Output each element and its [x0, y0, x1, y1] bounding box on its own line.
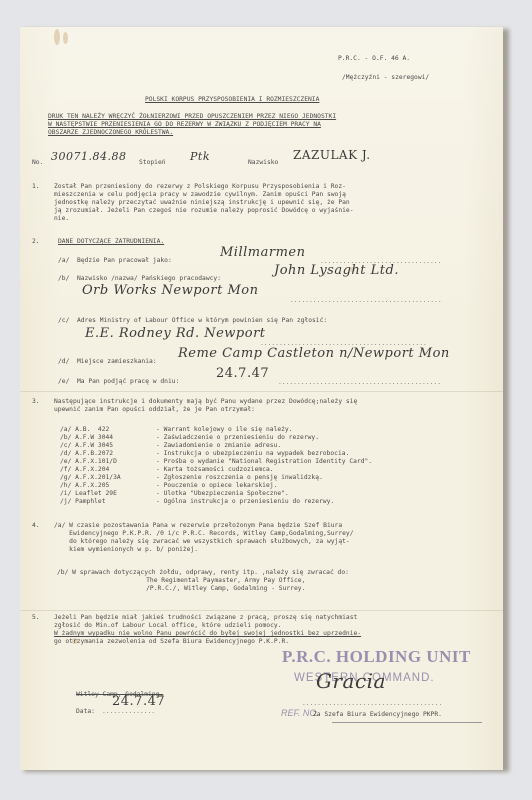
- document-row: /h/ A.F.X.205- Pouczenie o opiece lekars…: [60, 482, 277, 490]
- section5-line: Jeżeli Pan będzie miał jakieś trudności …: [54, 614, 357, 622]
- section4a-line: do którego należy się zwracać we wszystk…: [54, 538, 350, 546]
- section5-underlined-line: W żadnym wypadku nie wolno Panu powrócić…: [54, 630, 361, 638]
- section4b-line: The Regimental Paymaster, Army Pay Offic…: [112, 577, 305, 585]
- dotted-line: ........................................: [290, 297, 442, 305]
- section-number: 1.: [32, 183, 40, 191]
- section1-line: nie.: [54, 215, 69, 223]
- no-value: 30071.84.88: [51, 153, 126, 161]
- document-row: /f/ A.F.X.204- Karta tożsamości cudzozie…: [60, 466, 274, 474]
- fold-crease: [20, 610, 503, 611]
- dotted-line: ..............: [102, 708, 155, 716]
- field-a-label: /a/ Będzie Pan pracował jako:: [58, 257, 172, 265]
- section-number: 2.: [32, 238, 40, 246]
- section1-line: ją zrozumiał. Jeżeli Pan czegoś nie rozu…: [54, 207, 354, 215]
- document-row: /g/ A.F.X.201/3A- Zgłoszenie roszczenia …: [60, 474, 323, 482]
- field-d-value: Reme Camp Castleton n/Newport Mon: [178, 350, 450, 358]
- notice-line: OBSZARZE ZJEDNOCZONEGO KRÓLESTWA.: [48, 129, 173, 137]
- document-row: /c/ A.F.W 3045- Zawiadomienie o zmianie …: [60, 442, 281, 450]
- stain: [63, 32, 68, 44]
- section2-heading: DANE DOTYCZĄCE ZATRUDNIENIA.: [58, 238, 164, 246]
- date-value: 24.7.47: [112, 698, 165, 706]
- surname-label: Nazwisko: [248, 159, 278, 167]
- holding-unit-stamp: P.R.C. HOLDING UNIT: [282, 653, 471, 661]
- field-d-label: /d/ Miejsce zamieszkania:: [58, 358, 157, 366]
- form-code: P.R.C. - O.F. 46 A.: [338, 55, 410, 63]
- underline-rule: [332, 722, 482, 723]
- date-label: Data:: [76, 708, 95, 716]
- document-row: /j/ Pamphlet- Ogólna instrukcja o przeni…: [60, 498, 334, 506]
- notice-line: W NASTĘPSTWIE PRZENIESIENIA GO DO REZERW…: [48, 121, 321, 129]
- section-number: 3.: [32, 398, 40, 406]
- section-number: 4.: [32, 522, 40, 530]
- field-e-value: 24.7.47: [216, 370, 269, 378]
- signature-line: .....................................: [302, 700, 442, 708]
- section4b-line: /b/ W sprawach dotyczących żołdu, odpraw…: [57, 569, 349, 577]
- field-c-label: /c/ Adres Ministry of Labour Office w kt…: [58, 317, 327, 325]
- field-b-value: John Lysaght Ltd.: [274, 267, 399, 275]
- section3-line: Następujące instrukcje i dokumenty mają …: [54, 398, 357, 406]
- section4a-line: kiem wymienionych w p. b/ poniżej.: [54, 546, 198, 554]
- document-row: /i/ Leaflet 29E- Ulotka "Ubezpieczenia S…: [60, 490, 289, 498]
- surname-value: ZAZULAK J.: [293, 152, 371, 160]
- field-b-label: /b/ Nazwisko /nazwa/ Pańskiego pracodawc…: [58, 275, 221, 283]
- section4a-line: /a/ W czasie pozostawania Pana w rezerwi…: [54, 522, 342, 530]
- signer-caption: Za Szefa Biura Ewidencyjnego PKPR.: [313, 711, 442, 719]
- section4b-line: /P.R.C./, Witley Camp, Godalming - Surre…: [112, 585, 305, 593]
- rank-label: Stopień: [139, 159, 166, 167]
- section4a-line: Ewidencyjnego P.K.P.R. /0 i/c P.R.C. Rec…: [54, 530, 354, 538]
- stain: [54, 29, 60, 45]
- document-row: /e/ A.F.X.101/D- Prośba o wydanie "Natio…: [60, 458, 372, 466]
- field-a-value: Millmarmen: [220, 249, 305, 257]
- section1-line: mieszczenia w celu podjęcia pracy w zawo…: [54, 191, 346, 199]
- document-row: /b/ A.F.W 3044- Zaświadczenie o przenies…: [60, 434, 319, 442]
- section-number: 5.: [32, 614, 40, 622]
- section1-line: jednostkę należy przeczytać uważnie nini…: [54, 199, 350, 207]
- section3-line: upewnić zanim Pan opuści oddział, że je …: [54, 406, 255, 414]
- document-row: /d/ A.F.B.2072- Instrukcja o ubezpieczen…: [60, 450, 349, 458]
- form-title: POLSKI KORPUS PRZYSPOSOBIENIA I ROZMIESZ…: [145, 96, 319, 104]
- field-b-value2: Orb Works Newport Mon: [82, 287, 258, 295]
- rank-value: Ptk: [190, 153, 210, 161]
- section5-line: zgłosić do Min.of Labour Local office, k…: [54, 622, 281, 630]
- field-e-label: /e/ Ma Pan podjąć pracę w dniu:: [58, 378, 179, 386]
- no-label: No.: [32, 159, 43, 167]
- document-page: P.R.C. - O.F. 46 A. /Mężczyźni - szerego…: [20, 27, 503, 770]
- signature: Gracia: [316, 678, 386, 686]
- section5-line: go otrzymania zezwolenia od Szefa Biura …: [54, 638, 289, 646]
- dotted-line: ........................................…: [278, 379, 441, 387]
- document-row: /a/ A.B. 422- Warrant kolejowy o ile się…: [60, 426, 292, 434]
- field-c-value: E.E. Rodney Rd. Newport: [85, 330, 266, 338]
- form-category: /Mężczyźni - szeregowi/: [342, 74, 429, 82]
- section1-line: Został Pan przeniesiony do rezerwy z Pol…: [54, 183, 346, 191]
- fold-crease: [20, 391, 503, 392]
- notice-line: DRUK TEN NALEŻY WRĘCZYĆ ŻOŁNIERZOWI PRZE…: [48, 113, 336, 121]
